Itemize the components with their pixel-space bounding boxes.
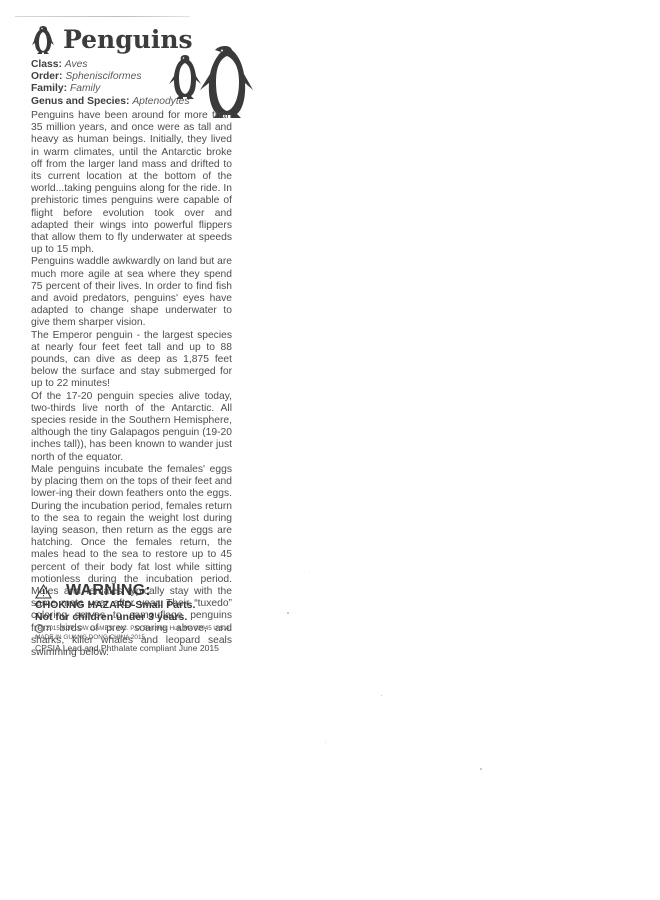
taxonomy-value: Sphenisciformes xyxy=(65,71,141,82)
copyright-icon: C xyxy=(35,624,44,633)
paragraph-history: Penguins have been around for more than … xyxy=(31,110,232,256)
taxonomy-label: Order: xyxy=(31,71,62,82)
article-body: Penguins have been around for more than … xyxy=(31,110,232,659)
age-restriction-text: Not for children under 3 years. xyxy=(35,612,245,624)
cpsia-compliance-text: CPSIA Lead and Phthalate compliant June … xyxy=(35,643,245,654)
top-rule-divider xyxy=(15,16,190,17)
large-penguin-icon xyxy=(200,46,253,118)
taxonomy-label: Genus and Species: xyxy=(31,96,129,107)
warning-header: WARNING: xyxy=(35,582,245,600)
scan-speck xyxy=(381,695,382,696)
small-penguin-icon xyxy=(169,55,201,99)
scan-speck xyxy=(309,571,310,572)
warning-block: WARNING: CHOKING HAZARD-Small Parts. Not… xyxy=(35,582,245,654)
penguin-icon xyxy=(31,25,55,55)
taxonomy-label: Family: xyxy=(31,83,67,94)
copyright-line: C 2015 KOPLOW GAMES, INC. P.O. Box 965, … xyxy=(35,624,245,633)
taxonomy-value: Family xyxy=(70,83,100,94)
choking-hazard-text: CHOKING HAZARD-Small Parts. xyxy=(35,600,245,612)
paragraph-species: Of the 17-20 penguin species alive today… xyxy=(31,391,232,464)
scan-speck xyxy=(287,612,289,614)
copyright-text: 2015 KOPLOW GAMES, INC. P.O. Box 965, Hu… xyxy=(46,624,231,633)
scan-speck xyxy=(325,742,326,743)
made-in-text: MADE IN GUANG DONG CHINA 2015 xyxy=(35,633,245,643)
taxonomy-label: Class: xyxy=(31,59,62,70)
warning-triangle-icon xyxy=(35,584,52,599)
penguin-info-card: Penguins Class: Aves Order: Spheniscifor… xyxy=(15,16,241,656)
paragraph-emperor: The Emperor penguin - the largest specie… xyxy=(31,330,232,391)
scan-speck xyxy=(480,768,482,770)
warning-title: WARNING: xyxy=(66,582,151,600)
taxonomy-value: Aves xyxy=(65,59,88,70)
paragraph-movement: Penguins waddle awkwardly on land but ar… xyxy=(31,256,232,329)
